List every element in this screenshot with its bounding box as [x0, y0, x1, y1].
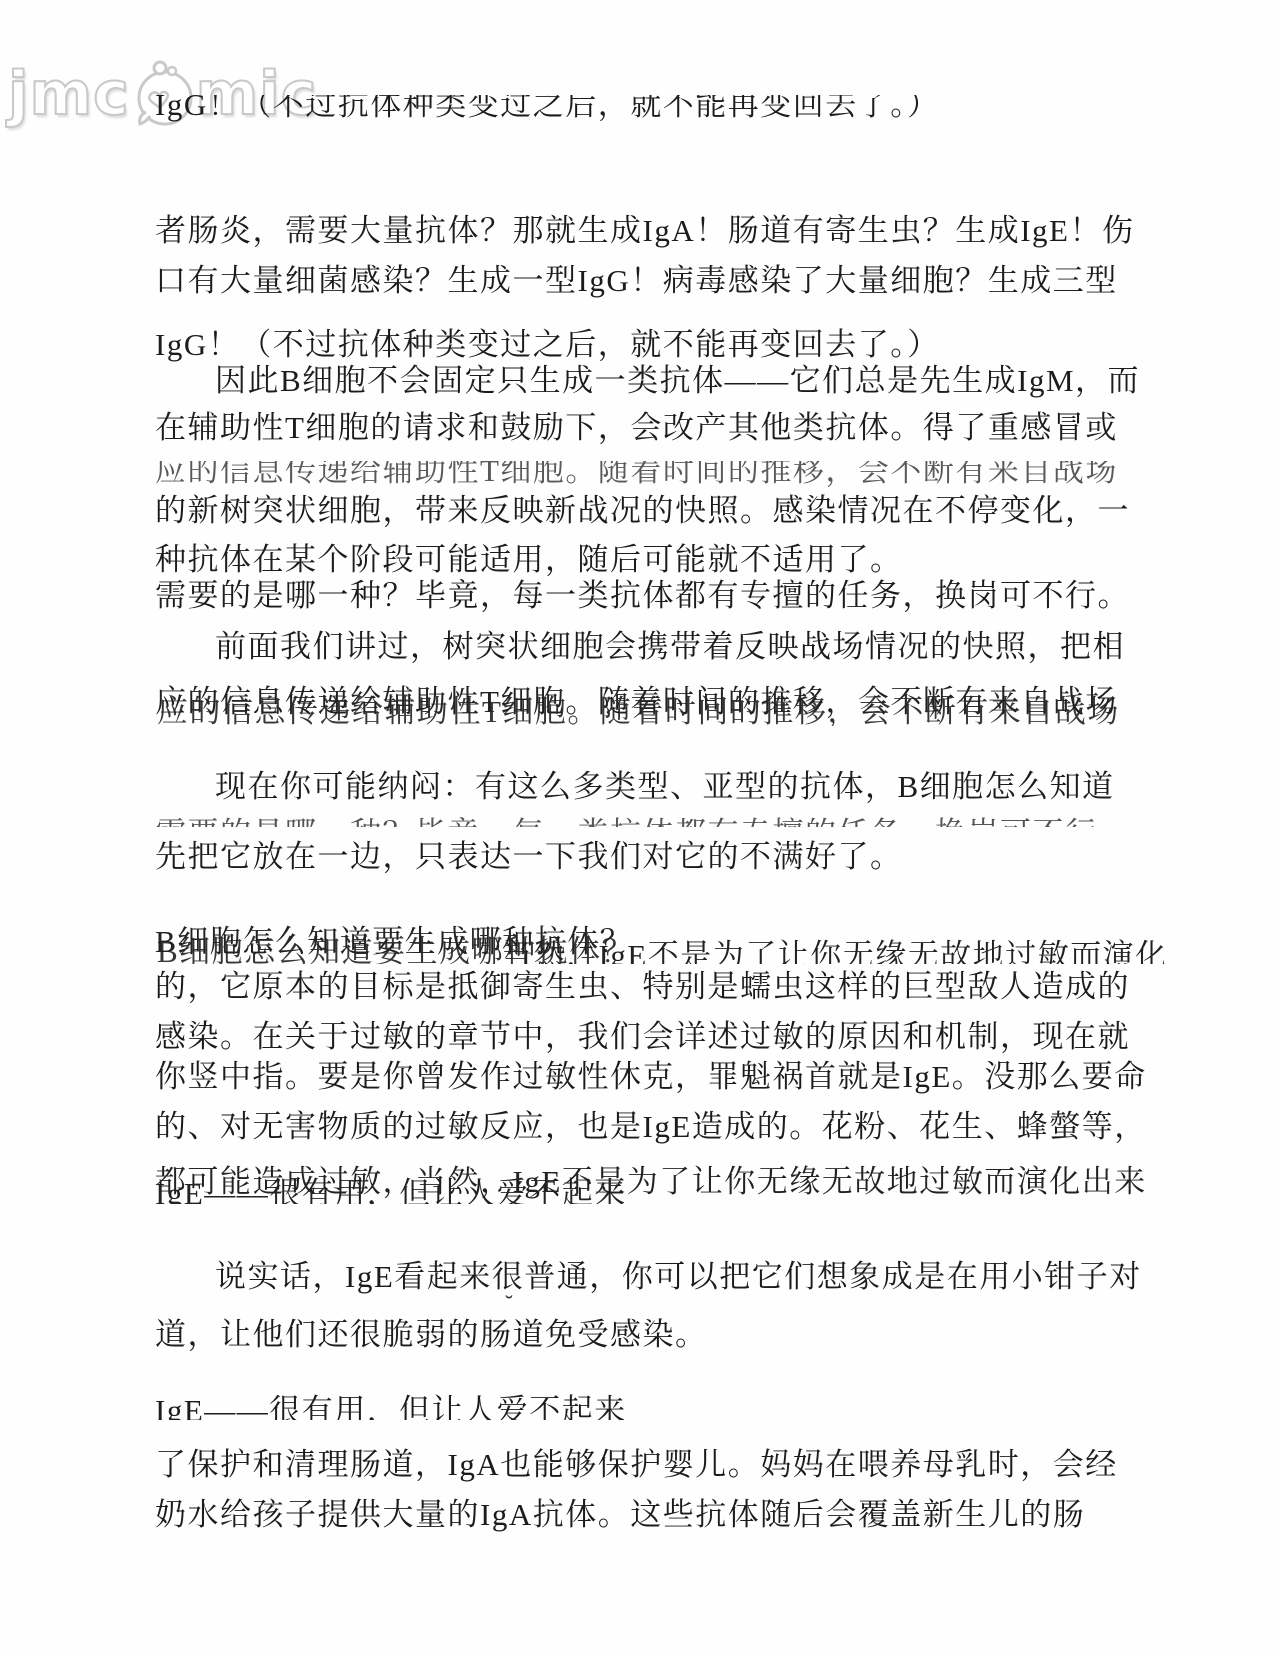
text-line-glitch-band: 应的信息传递给辅助性T细胞。随着时间的推移，会不断有来自战场: [155, 461, 1118, 487]
text-line: 应的信息传递给辅助性T细胞。随着时间的推移，会不断有来自战场: [155, 461, 1118, 487]
text-line: 你竖中指。要是你曾发作过敏性休克，罪魁祸首就是IgE。没那么要命: [155, 1058, 1147, 1096]
text-line: 了保护和清理肠道，IgA也能够保护婴儿。妈妈在喂养母乳时，会经: [155, 1446, 1118, 1484]
text-line: 前面我们讲过，树突状细胞会携带着反映战场情况的快照，把相: [215, 628, 1125, 666]
text-line: 当然，IgE不是为了让你无缘无故地过敏而演化出来: [501, 930, 1165, 964]
text-line: 需要的是哪一种？毕竟，每一类抗体都有专擅的任务，换岗可不行。: [155, 817, 1130, 827]
watermark-text-left: jmc: [8, 64, 130, 124]
text-line: IgG！（不过抗体种类变过之后，就不能再变回去了。）: [155, 95, 940, 124]
section-heading: IgE——很有用，但让人爱不起来: [155, 1392, 627, 1420]
text-line: 在辅助性T细胞的请求和鼓励下，会改产其他类抗体。得了重感冒或: [155, 409, 1118, 447]
text-line: 的、对无害物质的过敏反应，也是IgE造成的。花粉、花生、蜂螫等，: [155, 1108, 1147, 1146]
text-line: 需要的是哪一种？毕竟，每一类抗体都有专擅的任务，换岗可不行。: [155, 577, 1130, 615]
text-line: 因此B细胞不会固定只生成一类抗体——它们总是先生成IgM，而: [215, 362, 1140, 400]
text-line-overlap: B细胞怎么知道要生成哪种抗体？ B细胞怎么知道要生成哪种抗体？ 当然，IgE不是…: [155, 914, 1165, 964]
section-heading-clipped: IgE——很有用，但让人爱不起来: [155, 1392, 627, 1420]
text-line: 者肠炎，需要大量抗体？那就生成IgA！肠道有寄生虫？生成IgE！伤: [155, 212, 1134, 250]
text-line: 的，它原本的目标是抵御寄生虫、特别是蠕虫这样的巨型敌人造成的: [155, 968, 1130, 1006]
text-line: 现在你可能纳闷：有这么多类型、亚型的抗体，B细胞怎么知道: [215, 768, 1115, 806]
text-line-overlap: 都可能造成过敏，当然，IgE不是为了让你无缘无故地过敏而演化出来 IgE——很有…: [155, 1156, 1165, 1204]
text-line: 感染。在关于过敏的章节中，我们会详述过敏的原因和机制，现在就: [155, 1018, 1130, 1056]
text-line: 种抗体在某个阶段可能适用，随后可能就不适用了。: [155, 541, 903, 579]
text-line: 先把它放在一边，只表达一下我们对它的不满好了。: [155, 838, 903, 876]
ebook-page: jmc mic IgG！（不过抗体种类变过之后，就不能再变回去了。） 者肠炎，需…: [0, 0, 1280, 1656]
text-line-sliver: 需要的是哪一种？毕竟，每一类抗体都有专擅的任务，换岗可不行。: [155, 817, 1130, 827]
text-line: IgG！（不过抗体种类变过之后，就不能再变回去了。）: [155, 326, 940, 364]
text-line: IgE——很有用，但让人爱不起来: [155, 1168, 627, 1204]
text-line: 的新树突状细胞，带来反映新战况的快照。感染情况在不停变化，一: [155, 492, 1130, 530]
text-line: 道，让他们还很脆弱的肠道免受感染。: [155, 1316, 708, 1354]
text-line: 口有大量细菌感染？生成一型IgG！病毒感染了大量细胞？生成三型: [155, 262, 1118, 300]
text-line: 奶水给孩子提供大量的IgA抗体。这些抗体随后会覆盖新生儿的肠: [155, 1496, 1085, 1534]
text-line-clipped: IgG！（不过抗体种类变过之后，就不能再变回去了。）: [155, 95, 940, 125]
text-line: 说实话，IgE看起来很普通，你可以把它们想象成是在用小钳子对: [215, 1258, 1142, 1296]
text-line-ghost-copy: 应的信息传递给辅助性T细胞。随着时间的推移，会不断有来自战场: [157, 686, 1120, 726]
text-line-doubleprint: 应的信息传递给辅助性T细胞。随着时间的推移，会不断有来自战场 应的信息传递给辅助…: [155, 676, 1165, 726]
